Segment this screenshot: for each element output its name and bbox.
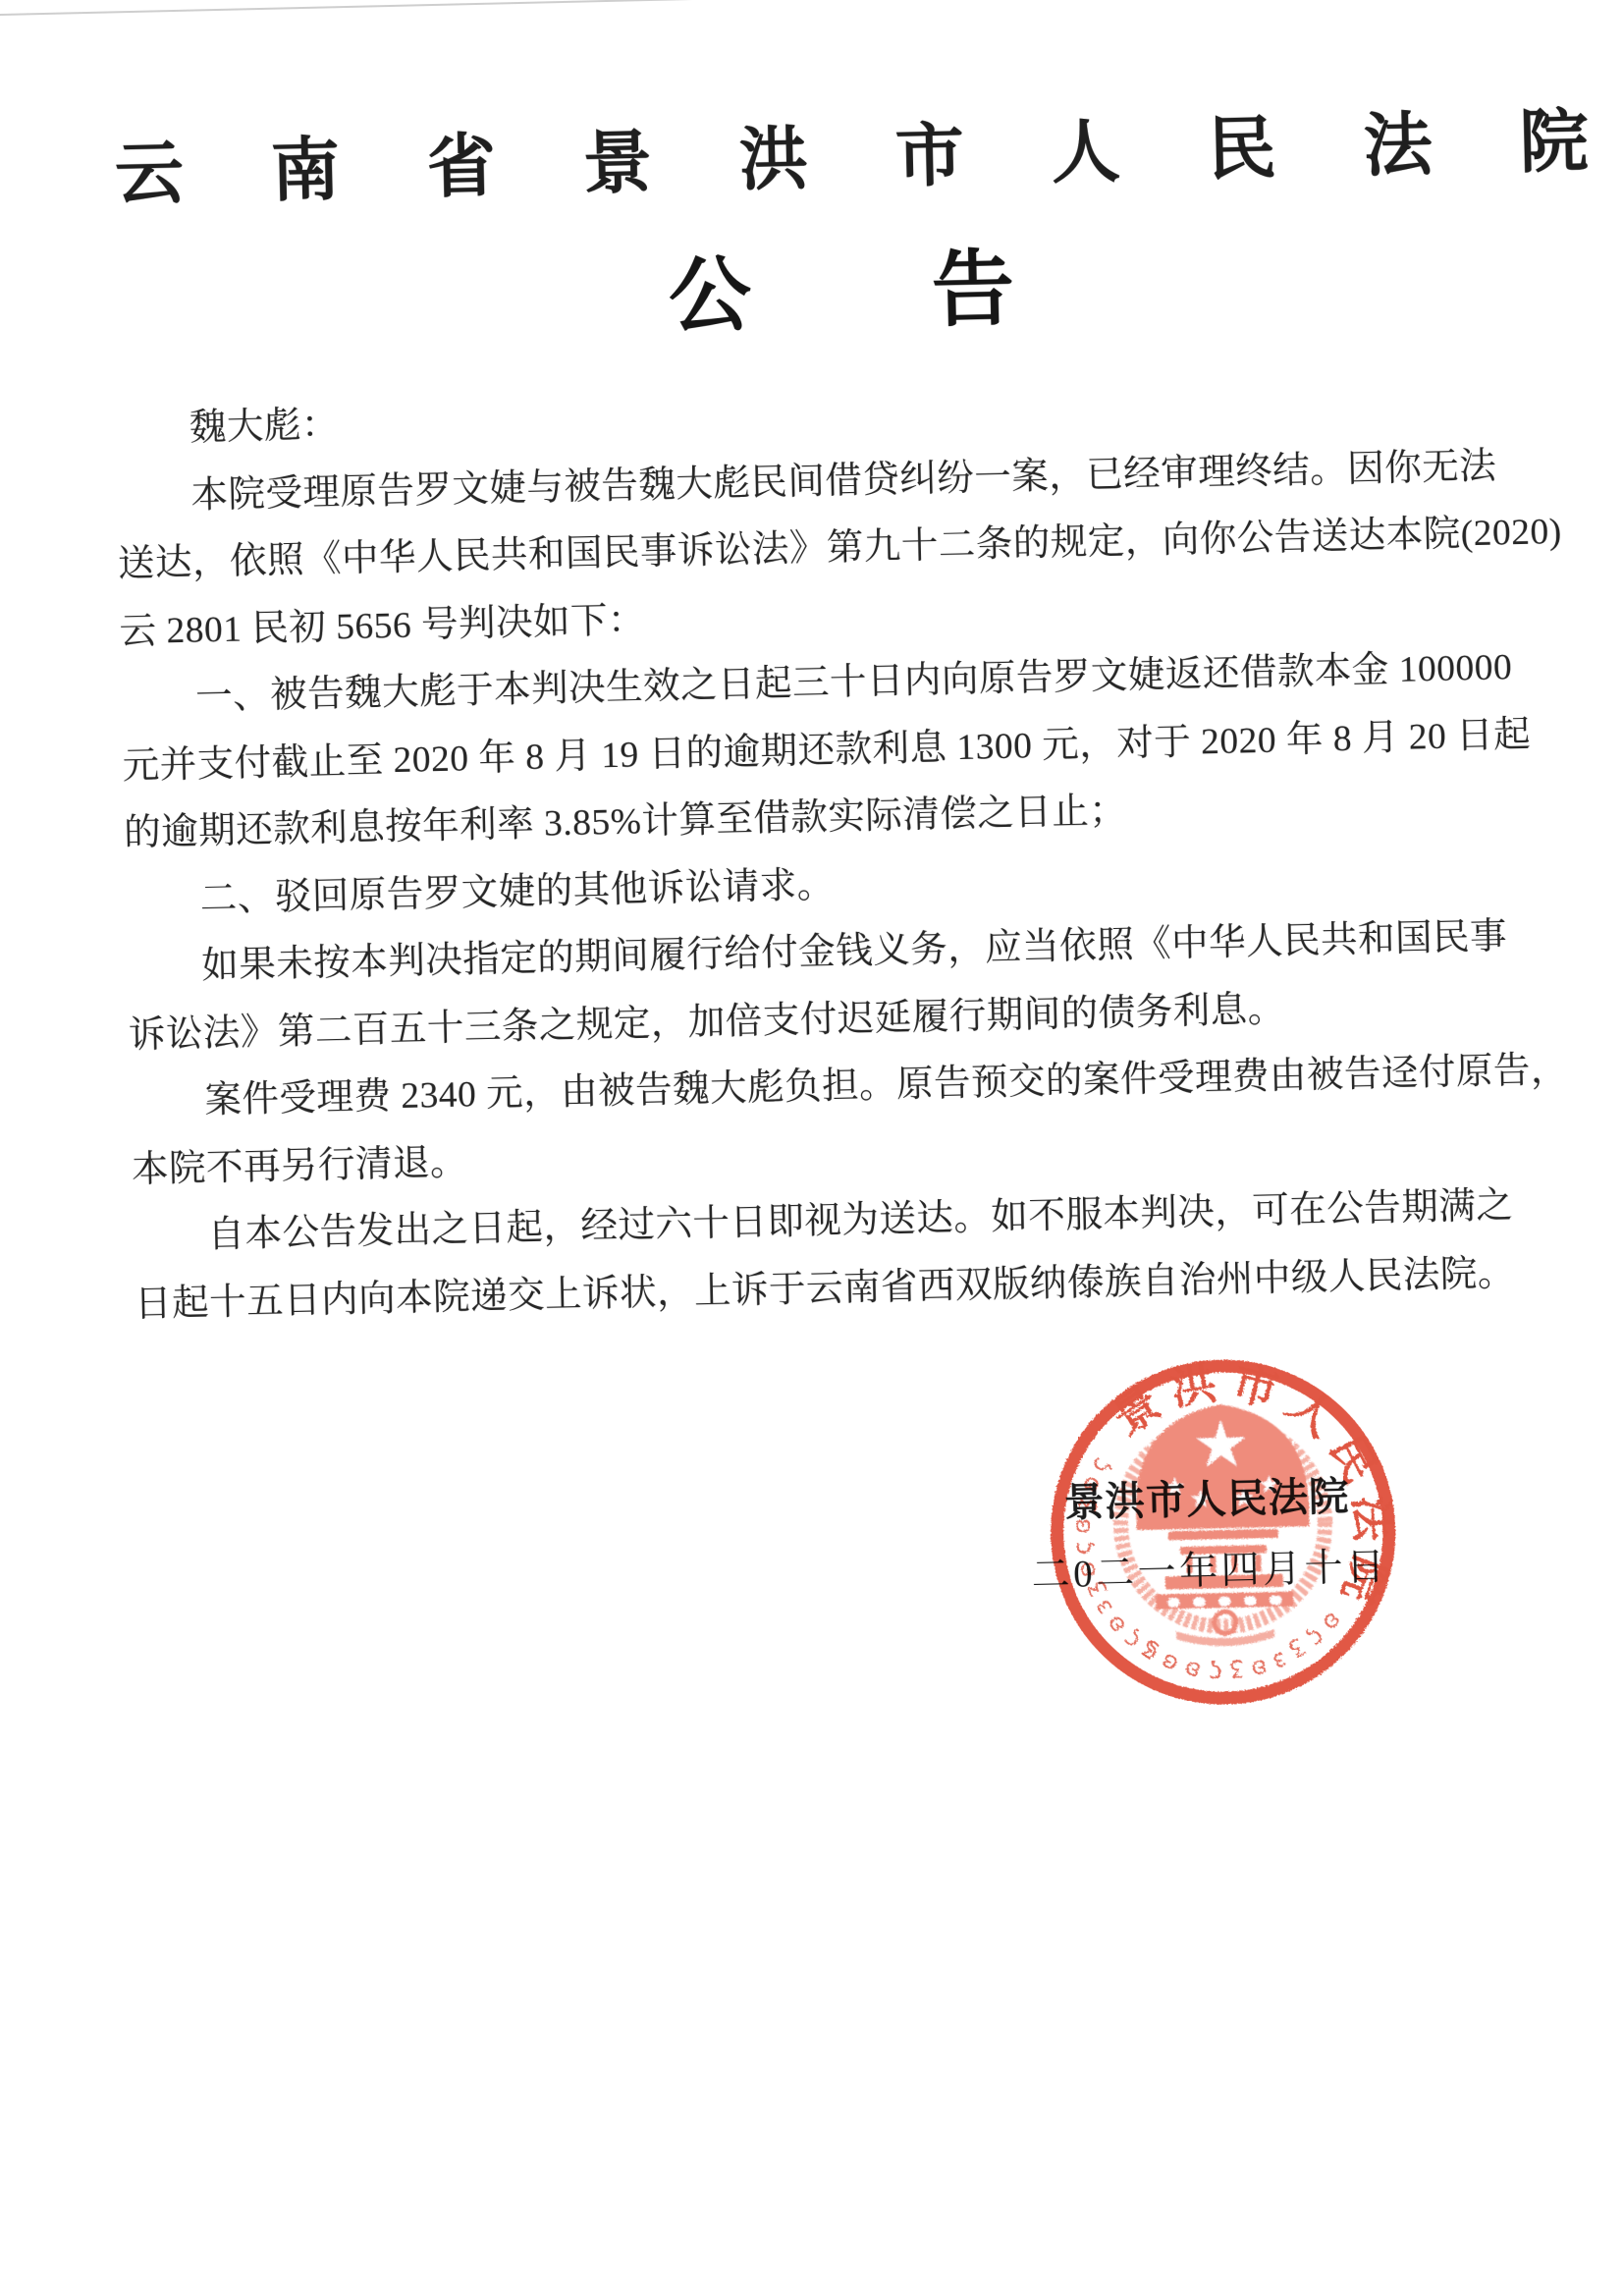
announcement-body: 魏大彪： 本院受理原告罗文婕与被告魏大彪民间借贷纠纷一案，已经审理终结。因你无法… — [114, 364, 1579, 1339]
scan-edge-line — [0, 0, 1623, 17]
announcement-title: 公告 — [667, 218, 1196, 349]
court-name-title: 云南省景洪市人民法院 — [114, 83, 1623, 218]
national-emblem-icon — [1118, 1402, 1328, 1649]
document-page: 云南省景洪市人民法院 公告 魏大彪： 本院受理原告罗文婕与被告魏大彪民间借贷纠纷… — [0, 0, 1623, 2295]
court-seal: 景洪市人民法院 ʒςʚɜʒʚςɞʒʚς ʚςʒɜʚʒςʚɞςʒ — [1022, 1332, 1424, 1733]
